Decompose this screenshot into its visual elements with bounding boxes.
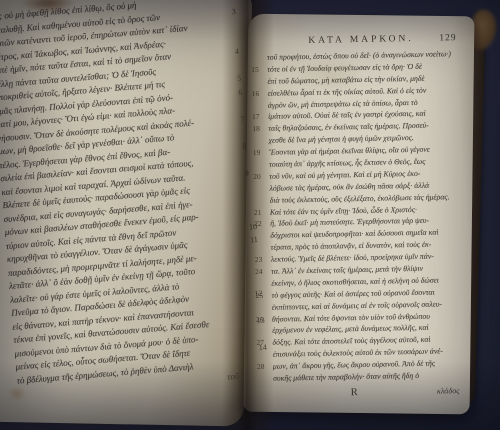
verse-number: 19 [251,147,269,159]
verse-number [230,26,251,28]
verse-number: 23 [253,254,271,266]
book-photo: ΕΥΑΓΓΕΛΙΟΝ μαι; οὐ μὴ ἀφεθῇ λίθος ἐπὶ λί… [0,0,500,430]
right-page-lines: τοῦ προφήτου, ἑστὼς ὅπου οὐ δεῖ· (ὁ ἀναγ… [249,48,473,385]
verse-number: 3 [228,3,250,18]
verse-number: 16 [250,87,268,99]
verse-number: 27 [254,337,272,349]
verse-number: 17 [250,111,268,123]
catchword: κλάδος [437,383,460,398]
right-page-text: ΚΑΤΑ ΜΑΡΚΟΝ. 129 τοῦ προφήτου, ἑστὼς ὅπο… [248,28,473,402]
verse-number: 25 [253,290,271,302]
verse-number: 22 [252,218,270,230]
left-page-lines: καταλυθῇ. Καὶ καθημένου αὐτοῦ εἰς τὸ ὄρο… [0,3,278,387]
verse-number: 28 [255,361,273,373]
verse-number: 20 [251,171,269,183]
verse-number: 18 [250,123,268,135]
signature-mark: R [271,384,437,402]
verse-number: 21 [252,206,270,218]
left-page-text: ΕΥΑΓΓΕΛΙΟΝ μαι; οὐ μὴ ἀφεθῇ λίθος ἐπὶ λί… [0,0,279,401]
verse-number: 15 [249,64,267,76]
verse-number: 26 [254,313,272,325]
page-number: 129 [439,28,457,48]
verse-number [228,0,249,1]
verse-number: 24 [253,266,271,278]
